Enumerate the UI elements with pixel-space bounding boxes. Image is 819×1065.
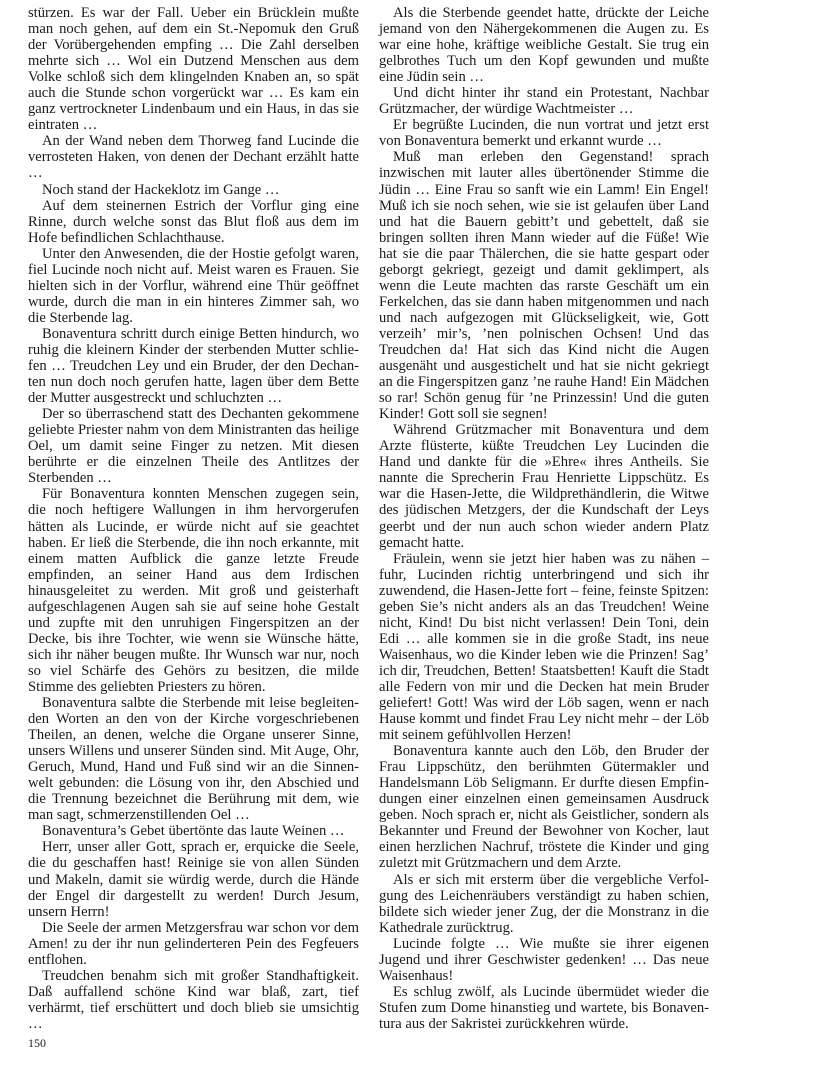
paragraph: Treudchen benahm sich mit großer Standha… <box>28 968 359 1032</box>
paragraph: Fräulein, wenn sie jetzt hier haben was … <box>379 551 709 744</box>
paragraph: Bonaventura salbte die Sterbende mit lei… <box>28 695 359 823</box>
paragraph: Muß man erleben den Gegenstand! sprach i… <box>379 149 709 422</box>
paragraph: Die Seele der armen Metzgersfrau war sch… <box>28 920 359 968</box>
page-number: 150 <box>28 1036 46 1051</box>
paragraph: Lucinde folgte … Wie mußte sie ihrer eig… <box>379 936 709 984</box>
paragraph: Als er sich mit ersterm über die vergebl… <box>379 872 709 936</box>
paragraph: Auf dem steinernen Estrich der Vorflur g… <box>28 198 359 246</box>
paragraph: Er begrüßte Lucinden, die nun vortrat un… <box>379 117 709 149</box>
paragraph: Herr, unser aller Gott, sprach er, erqui… <box>28 839 359 919</box>
paragraph: Als die Sterbende geendet hatte, drückte… <box>379 5 709 85</box>
paragraph: Der so überraschend statt des Dechanten … <box>28 406 359 486</box>
paragraph: Bonaventura’s Gebet übertönte das laute … <box>28 823 359 839</box>
paragraph: Während Grützmacher mit Bonaventura und … <box>379 422 709 550</box>
paragraph: Es schlug zwölf, als Lucinde übermüdet w… <box>379 984 709 1032</box>
paragraph: Noch stand der Hackeklotz im Gange … <box>28 182 359 198</box>
paragraph: Unter den Anwesenden, die der Hostie gef… <box>28 246 359 326</box>
paragraph: Bonaventura schritt durch einige Betten … <box>28 326 359 406</box>
paragraph: Und dicht hinter ihr stand ein Protestan… <box>379 85 709 117</box>
paragraph: Bonaventura kannte auch den Löb, den Bru… <box>379 743 709 871</box>
paragraph: An der Wand neben dem Thorweg fand Lucin… <box>28 133 359 181</box>
left-text-column: stürzen. Es war der Fall. Ueber ein Brüc… <box>28 5 359 1032</box>
paragraph: stürzen. Es war der Fall. Ueber ein Brüc… <box>28 5 359 133</box>
book-page: stürzen. Es war der Fall. Ueber ein Brüc… <box>0 0 819 1065</box>
right-text-column: Als die Sterbende geendet hatte, drückte… <box>379 5 709 1032</box>
paragraph: Für Bonaventura konnten Menschen zugegen… <box>28 486 359 695</box>
